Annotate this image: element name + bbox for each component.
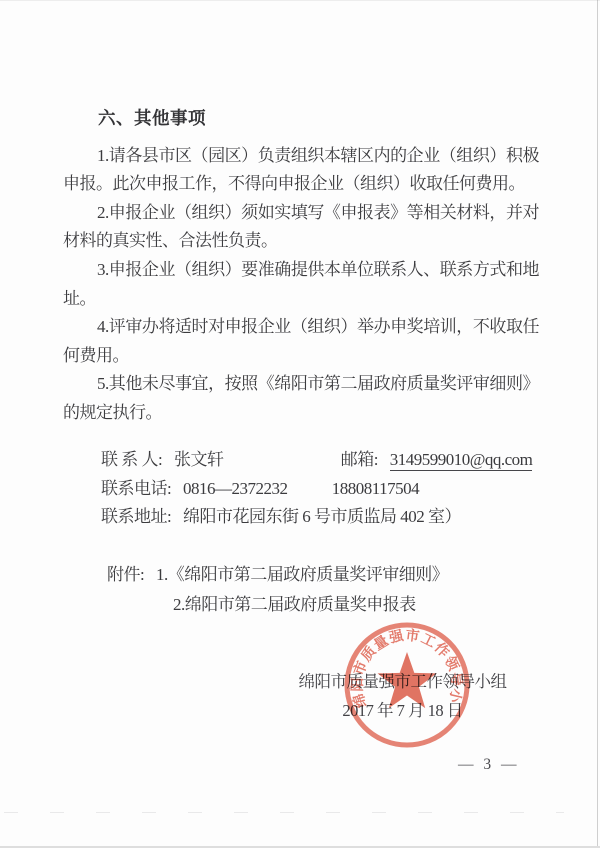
attachments-block: 附件: 1.《绵阳市第二届政府质量奖评审细则》 2.绵阳市第二届政府质量奖申报表	[107, 560, 448, 619]
paragraph-4: 4.评审办将适时对申报企业（组织）举办申奖培训，不收取任何费用。	[63, 313, 539, 370]
attachment-item-1: 1.《绵阳市第二届政府质量奖评审细则》	[156, 565, 448, 584]
paragraph-5: 5.其他未尽事宜，按照《绵阳市第二届政府质量奖评审细则》的规定执行。	[63, 370, 539, 427]
contact-phone-label: 联系电话:	[101, 479, 171, 498]
contact-block: 联 系 人: 张文轩 邮箱: 3149599010@qq.com 联系电话: 0…	[101, 446, 571, 532]
contact-email-label: 邮箱:	[341, 450, 378, 469]
attachment-item-2: 2.绵阳市第二届政府质量奖申报表	[107, 590, 448, 620]
contact-phone-value-1: 0816—2372232	[183, 479, 288, 498]
contact-address-label: 联系地址:	[101, 507, 171, 526]
paragraph-3: 3.申报企业（组织）要准确提供本单位联系人、联系方式和地址。	[63, 256, 539, 313]
contact-address-value: 绵阳市花园东街 6 号市质监局 402 室）	[183, 507, 461, 526]
contact-email-value: 3149599010@qq.com	[390, 450, 533, 471]
attachments-label: 附件:	[107, 565, 144, 584]
contact-person-label: 联 系 人:	[101, 450, 162, 469]
signature-date: 2017 年 7 月 18 日	[250, 696, 555, 725]
contact-person-line: 联 系 人: 张文轩 邮箱: 3149599010@qq.com	[101, 446, 571, 475]
signature-block: 绵阳市质量强市工作领导小组 2017 年 7 月 18 日	[250, 667, 555, 725]
paragraph-2: 2.申报企业（组织）须如实填写《申报表》等相关材料，并对材料的真实性、合法性负责…	[63, 199, 539, 256]
document-page: 六、其他事项 1.请各县市区（园区）负责组织本辖区内的企业（组织）积极申报。此次…	[0, 0, 600, 848]
scan-artifact-vertical-line	[597, 0, 598, 848]
contact-phone-value-2: 18808117504	[332, 479, 419, 498]
document-body: 六、其他事项 1.请各县市区（园区）负责组织本辖区内的企业（组织）积极申报。此次…	[63, 104, 539, 428]
contact-person: 联 系 人: 张文轩	[101, 446, 337, 475]
contact-address-line: 联系地址: 绵阳市花园东街 6 号市质监局 402 室）	[101, 503, 571, 532]
paragraph-1: 1.请各县市区（园区）负责组织本辖区内的企业（组织）积极申报。此次申报工作，不得…	[63, 142, 539, 199]
contact-person-name: 张文轩	[174, 450, 224, 469]
scan-edge-top	[0, 0, 600, 1]
contact-phone-primary: 联系电话: 0816—2372232	[101, 475, 328, 504]
scan-fold-line	[4, 812, 564, 813]
attachment-line-1: 附件: 1.《绵阳市第二届政府质量奖评审细则》	[107, 560, 448, 590]
section-heading: 六、其他事项	[63, 104, 539, 133]
signature-issuer: 绵阳市质量强市工作领导小组	[250, 667, 555, 696]
contact-phone-line: 联系电话: 0816—2372232 18808117504	[101, 475, 571, 504]
page-number: — 3 —	[458, 756, 520, 774]
